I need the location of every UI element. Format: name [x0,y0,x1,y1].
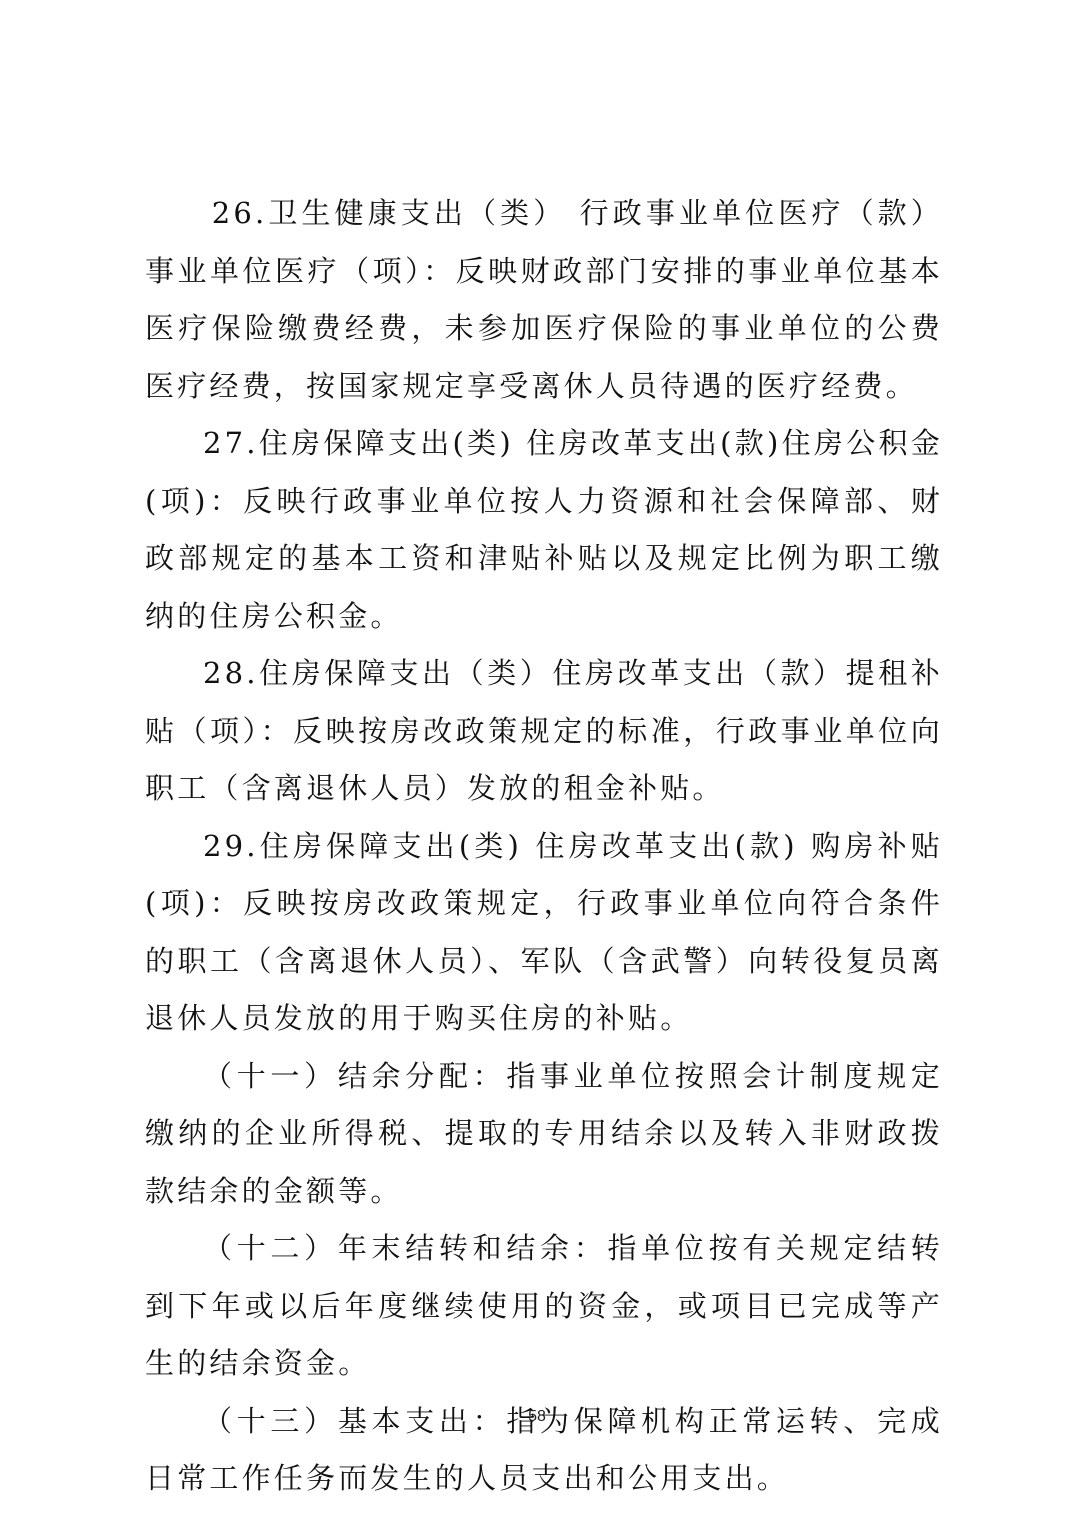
paragraph-item-28: 28.住房保障支出（类）住房改革支出（款）提租补贴（项）：反映按房改政策规定的标… [145,645,943,818]
paragraph-item-29: 29.住房保障支出(类) 住房改革支出(款) 购房补贴(项)：反映按房改政策规定… [145,818,943,1048]
paragraph-section-12: （十二）年末结转和结余：指单位按有关规定结转到下年或以后年度继续使用的资金，或项… [145,1220,943,1393]
document-page: 26.卫生健康支出（类） 行政事业单位医疗（款） 事业单位医疗（项）：反映财政部… [145,185,943,1508]
page-number: 58 [0,1408,1074,1426]
paragraph-item-26: 26.卫生健康支出（类） 行政事业单位医疗（款） 事业单位医疗（项）：反映财政部… [145,185,943,415]
paragraph-section-11: （十一）结余分配：指事业单位按照会计制度规定缴纳的企业所得税、提取的专用结余以及… [145,1048,943,1221]
paragraph-item-27: 27.住房保障支出(类) 住房改革支出(款)住房公积金(项)：反映行政事业单位按… [145,415,943,645]
